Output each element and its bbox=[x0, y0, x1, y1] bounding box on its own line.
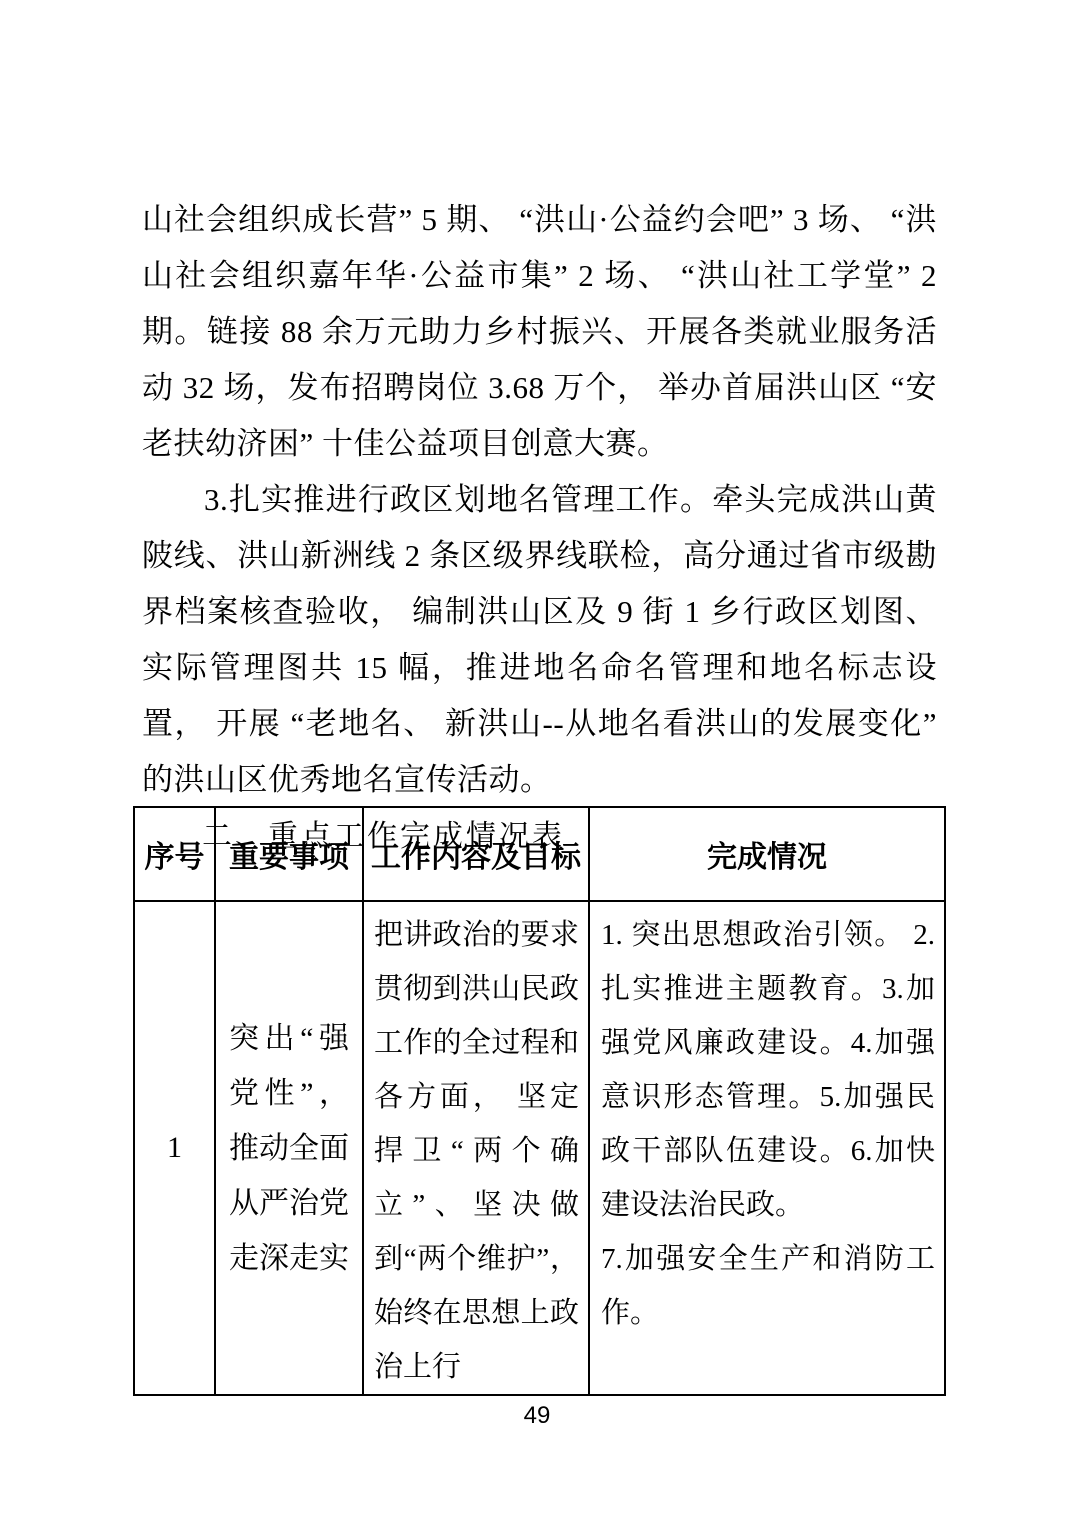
completion-paragraph-1: 1. 突出思想政治引领。 2.扎实推进主题教育。3.加强党风廉政建设。4.加强意… bbox=[601, 908, 935, 1232]
completion-paragraph-2: 7.加强安全生产和消防工作。 bbox=[601, 1232, 935, 1340]
paragraph-continuation: 山社会组织成长营” 5 期、 “洪山·公益约会吧” 3 场、 “洪山社会组织嘉年… bbox=[142, 192, 937, 472]
table-header-row: 序号 重要事项 工作内容及目标 完成情况 bbox=[134, 807, 945, 901]
paragraph-item-3: 3.扎实推进行政区划地名管理工作。牵头完成洪山黄陂线、洪山新洲线 2 条区级界线… bbox=[142, 472, 937, 808]
document-page: 山社会组织成长营” 5 期、 “洪山·公益约会吧” 3 场、 “洪山社会组织嘉年… bbox=[0, 0, 1074, 1520]
table-row: 1 突出“强党性”，推动全面从严治党走深走实 把讲政治的要求贯彻到洪山民政工作的… bbox=[134, 901, 945, 1395]
cell-work-content: 把讲政治的要求贯彻到洪山民政工作的全过程和各方面， 坚定捍卫“两个确立”、坚决做… bbox=[363, 901, 589, 1395]
header-cell-work-content: 工作内容及目标 bbox=[363, 807, 589, 901]
page-number: 49 bbox=[0, 1402, 1074, 1430]
header-cell-serial: 序号 bbox=[134, 807, 215, 901]
cell-important-item: 突出“强党性”，推动全面从严治党走深走实 bbox=[215, 901, 363, 1395]
header-cell-completion: 完成情况 bbox=[589, 807, 945, 901]
header-cell-item: 重要事项 bbox=[215, 807, 363, 901]
content-area: 山社会组织成长营” 5 期、 “洪山·公益约会吧” 3 场、 “洪山社会组织嘉年… bbox=[142, 192, 937, 865]
cell-serial-number: 1 bbox=[134, 901, 215, 1395]
key-work-table: 序号 重要事项 工作内容及目标 完成情况 1 突出“强党性”，推动全面从严治党走… bbox=[133, 806, 946, 1396]
cell-completion-status: 1. 突出思想政治引领。 2.扎实推进主题教育。3.加强党风廉政建设。4.加强意… bbox=[589, 901, 945, 1395]
